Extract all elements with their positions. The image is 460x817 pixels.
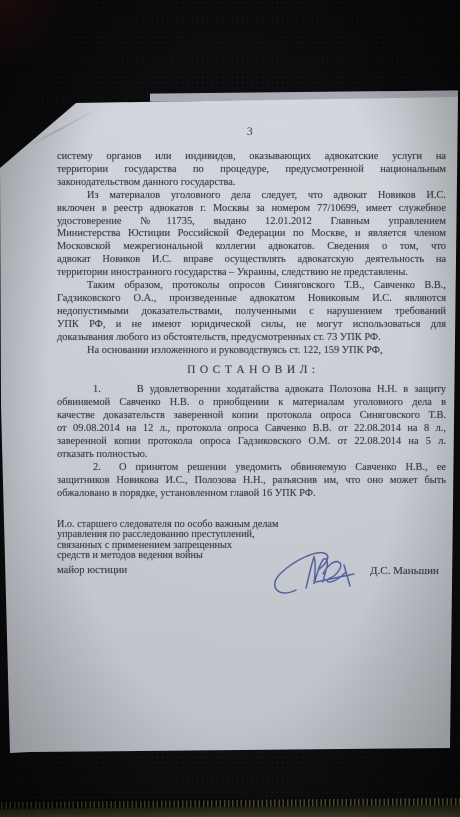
text-line: обжаловано в порядке, установленном глав… xyxy=(57,488,446,501)
signature-scribble xyxy=(266,538,368,606)
text-line: Министерства Юстиции Российской Федераци… xyxy=(57,228,446,241)
text-line: территории государства по процедуре, пре… xyxy=(57,164,446,177)
page-number: 3 xyxy=(160,124,340,139)
text-line: недопустимыми доказательствами, полученн… xyxy=(57,306,446,319)
paragraph: Из материалов уголовного дела следует, ч… xyxy=(57,190,446,280)
text-line: 1. В удовлетворении ходатайства адвоката… xyxy=(57,384,446,397)
text-line: Московской межрегиональной коллегии адво… xyxy=(57,241,446,254)
text-line: Гадзиковского О.А., произведенные адвока… xyxy=(57,293,446,306)
text-line: заверенной копии протокола опроса Гадзик… xyxy=(57,436,446,449)
text-line: законодательством данного государства. xyxy=(57,177,446,190)
document-page: 3 систему органов или индивидов, оказыва… xyxy=(0,96,458,756)
text-line: обвиняемой Савченко Н.В. о приобщении к … xyxy=(57,397,446,410)
text-line: УПК РФ, и не имеют юридической силы, не … xyxy=(57,319,446,332)
text-line: На основании изложенного и руководствуяс… xyxy=(57,345,446,358)
text-line: включен в реестр адвокатов г. Москвы за … xyxy=(57,203,446,216)
photo-of-document: 3 систему органов или индивидов, оказыва… xyxy=(0,0,460,817)
text-line: территории иностранного государства – Ук… xyxy=(57,267,446,280)
text-line: систему органов или индивидов, оказывающ… xyxy=(57,151,446,164)
officer-name: Д.С. Маньшин xyxy=(370,565,439,577)
paragraph: На основании изложенного и руководствуяс… xyxy=(57,345,446,358)
paragraph: 1. В удовлетворении ходатайства адвоката… xyxy=(57,384,446,461)
text-line: от 09.08.2014 на 12 л., протокола опроса… xyxy=(57,423,446,436)
text-line: качестве доказательств заверенной копии … xyxy=(57,410,446,423)
paragraph: Таким образом, протоколы опросов Синягов… xyxy=(57,280,446,345)
resolution-heading: П О С Т А Н О В И Л : xyxy=(57,364,446,377)
text-line: защитников Новикова И.С., Полозова Н.Н.,… xyxy=(57,475,446,488)
document-body: систему органов или индивидов, оказывающ… xyxy=(57,151,446,501)
text-line: Таким образом, протоколы опросов Синягов… xyxy=(57,280,446,293)
paragraph: 2. О принятом решении уведомить обвиняем… xyxy=(57,462,446,501)
text-line: адвокат Новиков И.С. вправе осуществлять… xyxy=(57,254,446,267)
paragraph: систему органов или индивидов, оказывающ… xyxy=(57,151,446,190)
text-line: удостоверение №11735, выдано 12.01.2012 … xyxy=(57,216,446,229)
text-line: 2. О принятом решении уведомить обвиняем… xyxy=(57,462,446,475)
text-line: Из материалов уголовного дела следует, ч… xyxy=(57,190,446,203)
officer-rank: майор юстиции xyxy=(57,565,127,576)
text-line: доказывания любого из обстоятельств, пре… xyxy=(57,332,446,345)
text-line: отказать полностью. xyxy=(57,449,446,462)
